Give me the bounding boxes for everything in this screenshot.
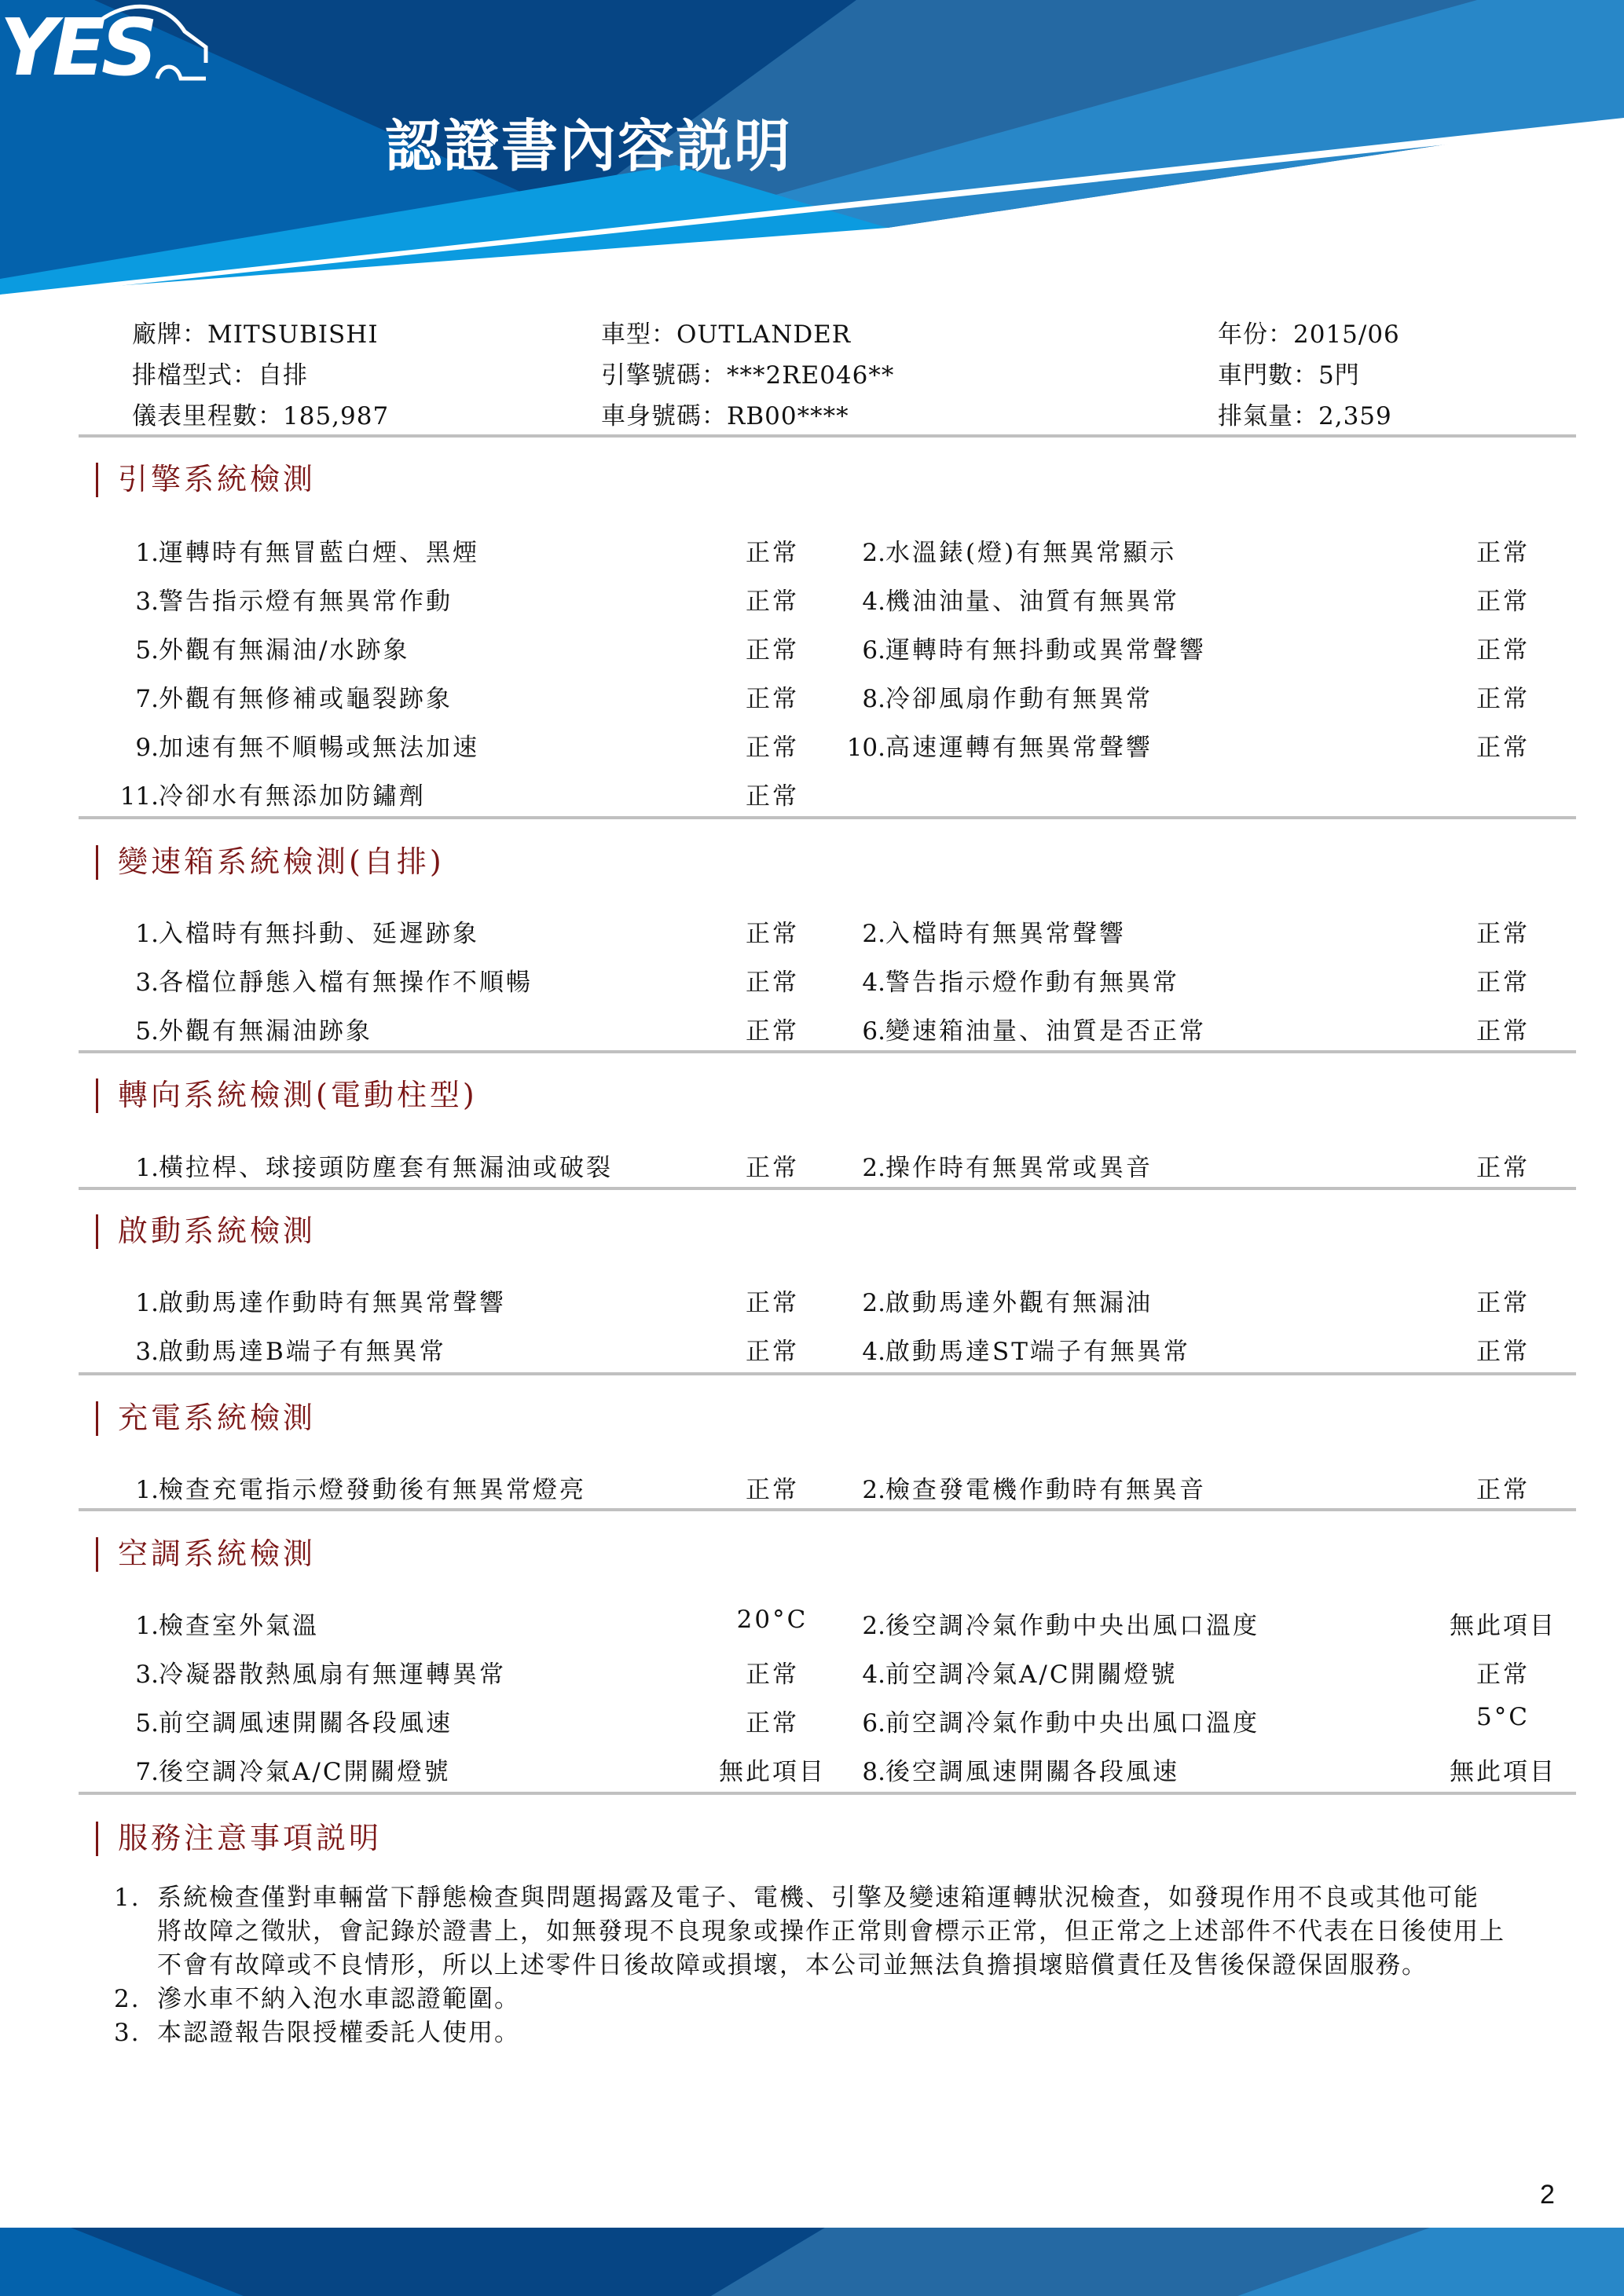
list-item: 2.操作時有無異常或異音 — [845, 1148, 1153, 1183]
status-value: 正常 — [1440, 533, 1566, 568]
status-value: 正常 — [709, 1331, 835, 1367]
status-value: 5°C — [1440, 1703, 1566, 1731]
status-value: 無此項目 — [1440, 1606, 1566, 1641]
status-value: 正常 — [1440, 581, 1566, 617]
list-item: 2.檢查發電機作動時有無異音 — [845, 1470, 1206, 1505]
list-item: 3.各檔位靜態入檔有無操作不順暢 — [118, 962, 533, 998]
section-title-steering: 轉向系統檢測(電動柱型) — [96, 1077, 478, 1113]
header-background — [0, 0, 1624, 330]
list-item: 6.前空調冷氣作動中央出風口溫度 — [845, 1703, 1259, 1738]
list-item: 10.高速運轉有無異常聲響 — [845, 727, 1153, 763]
note-item: 1. 系統檢查僅對車輛當下靜態檢查與問題揭露及電子、電機、引擎及變速箱運轉狀況檢… — [114, 1881, 1591, 1983]
note-item: 3. 本認證報告限授權委託人使用。 — [114, 2016, 1591, 2050]
divider — [79, 1508, 1576, 1511]
yes-logo: YES — [0, 0, 244, 86]
list-item: 1.檢查室外氣溫 — [118, 1606, 319, 1641]
doors-field: 車門數：5門 — [1218, 355, 1360, 390]
divider — [79, 1372, 1576, 1375]
list-item: 5.外觀有無漏油/水跡象 — [118, 630, 409, 665]
list-item: 1.橫拉桿、球接頭防塵套有無漏油或破裂 — [118, 1148, 613, 1183]
status-value: 正常 — [709, 533, 835, 568]
list-item: 1.啟動馬達作動時有無異常聲響 — [118, 1283, 506, 1318]
status-value: 正常 — [1440, 1148, 1566, 1183]
list-item: 3.啟動馬達B端子有無異常 — [118, 1331, 446, 1367]
status-value: 正常 — [709, 914, 835, 949]
header-banner: YES 認證書內容説明 — [0, 0, 1624, 330]
status-value: 正常 — [709, 1148, 835, 1183]
body-number-field: 車身號碼：RB00**** — [601, 396, 849, 431]
status-value: 正常 — [709, 679, 835, 714]
list-item: 2.水溫錶(燈)有無異常顯示 — [845, 533, 1176, 568]
divider — [79, 1792, 1576, 1795]
status-value: 正常 — [709, 630, 835, 665]
note-item: 2. 滲水車不納入泡水車認證範圍。 — [114, 1983, 1591, 2016]
list-item: 1.運轉時有無冒藍白煙、黑煙 — [118, 533, 479, 568]
list-item: 4.前空調冷氣A/C開關燈號 — [845, 1654, 1178, 1690]
model-field: 車型：OUTLANDER — [601, 314, 851, 350]
engine-number-field: 引擎號碼：***2RE046** — [601, 355, 894, 390]
status-value: 正常 — [709, 776, 835, 811]
transmission-field: 排檔型式：自排 — [132, 355, 308, 390]
status-value: 正常 — [709, 581, 835, 617]
page-title: 認證書內容説明 — [385, 101, 792, 182]
status-value: 正常 — [1440, 1331, 1566, 1367]
status-value: 正常 — [1440, 1283, 1566, 1318]
status-value: 無此項目 — [1440, 1752, 1566, 1787]
status-value: 正常 — [1440, 914, 1566, 949]
divider — [79, 434, 1576, 438]
section-title-starter: 啟動系統檢測 — [96, 1213, 316, 1249]
status-value: 正常 — [709, 1654, 835, 1690]
list-item: 9.加速有無不順暢或無法加速 — [118, 727, 479, 763]
status-value: 正常 — [1440, 1654, 1566, 1690]
list-item: 3.冷凝器散熱風扇有無運轉異常 — [118, 1654, 506, 1690]
divider — [79, 816, 1576, 819]
list-item: 8.冷卻風扇作動有無異常 — [845, 679, 1153, 714]
service-notes: 1. 系統檢查僅對車輛當下靜態檢查與問題揭露及電子、電機、引擎及變速箱運轉狀況檢… — [114, 1881, 1591, 2050]
section-title-charging: 充電系統檢測 — [96, 1400, 316, 1436]
status-value: 無此項目 — [709, 1752, 835, 1787]
status-value: 20°C — [709, 1606, 835, 1634]
list-item: 2.後空調冷氣作動中央出風口溫度 — [845, 1606, 1259, 1641]
status-value: 正常 — [1440, 962, 1566, 998]
list-item: 1.入檔時有無抖動、延遲跡象 — [118, 914, 479, 949]
divider — [79, 1050, 1576, 1053]
displacement-field: 排氣量：2,359 — [1218, 396, 1392, 431]
section-title-engine: 引擎系統檢測 — [96, 461, 316, 497]
list-item: 7.外觀有無修補或龜裂跡象 — [118, 679, 453, 714]
status-value: 正常 — [1440, 1470, 1566, 1505]
status-value: 正常 — [709, 1470, 835, 1505]
footer-banner — [0, 2228, 1624, 2296]
list-item: 4.啟動馬達ST端子有無異常 — [845, 1331, 1190, 1367]
list-item: 5.前空調風速開關各段風速 — [118, 1703, 453, 1738]
svg-text:YES: YES — [0, 2, 154, 86]
section-title-transmission: 變速箱系統檢測(自排) — [96, 844, 445, 880]
status-value: 正常 — [709, 962, 835, 998]
list-item: 2.入檔時有無異常聲響 — [845, 914, 1126, 949]
status-value: 正常 — [1440, 1011, 1566, 1046]
brand-field: 廠牌：MITSUBISHI — [132, 314, 379, 350]
list-item: 4.機油油量、油質有無異常 — [845, 581, 1179, 617]
list-item: 8.後空調風速開關各段風速 — [845, 1752, 1179, 1787]
list-item: 11.冷卻水有無添加防鏽劑 — [118, 776, 426, 811]
page-number: 2 — [1540, 2180, 1555, 2210]
list-item: 6.變速箱油量、油質是否正常 — [845, 1011, 1206, 1046]
status-value: 正常 — [709, 727, 835, 763]
status-value: 正常 — [1440, 679, 1566, 714]
list-item: 7.後空調冷氣A/C開關燈號 — [118, 1752, 451, 1787]
divider — [79, 1187, 1576, 1190]
list-item: 1.檢查充電指示燈發動後有無異常燈亮 — [118, 1470, 586, 1505]
section-title-service-notes: 服務注意事項説明 — [96, 1820, 382, 1856]
status-value: 正常 — [709, 1011, 835, 1046]
status-value: 正常 — [709, 1283, 835, 1318]
list-item: 2.啟動馬達外觀有無漏油 — [845, 1283, 1153, 1318]
status-value: 正常 — [709, 1703, 835, 1738]
section-title-air-conditioning: 空調系統檢測 — [96, 1536, 316, 1572]
list-item: 6.運轉時有無抖動或異常聲響 — [845, 630, 1206, 665]
list-item: 3.警告指示燈有無異常作動 — [118, 581, 453, 617]
year-field: 年份：2015/06 — [1218, 314, 1400, 350]
status-value: 正常 — [1440, 630, 1566, 665]
status-value: 正常 — [1440, 727, 1566, 763]
list-item: 4.警告指示燈作動有無異常 — [845, 962, 1179, 998]
list-item: 5.外觀有無漏油跡象 — [118, 1011, 372, 1046]
mileage-field: 儀表里程數：185,987 — [132, 396, 389, 431]
